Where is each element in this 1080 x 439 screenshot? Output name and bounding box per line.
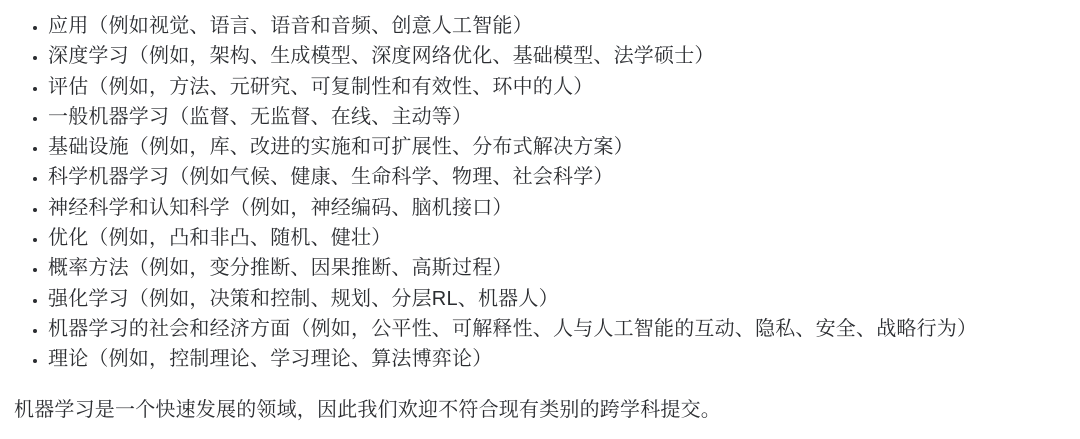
topics-list: 应用（例如视觉、语言、语音和音频、创意人工智能） 深度学习（例如，架构、生成模型… (14, 11, 1064, 375)
page-content: 应用（例如视觉、语言、语音和音频、创意人工智能） 深度学习（例如，架构、生成模型… (0, 0, 1080, 425)
topic-list-item: 应用（例如视觉、语言、语音和音频、创意人工智能） (48, 11, 1064, 41)
topic-list-item: 机器学习的社会和经济方面（例如，公平性、可解释性、人与人工智能的互动、隐私、安全… (48, 314, 1064, 344)
topic-list-item: 优化（例如，凸和非凸、随机、健壮） (48, 223, 1064, 253)
topic-list-item: 基础设施（例如，库、改进的实施和可扩展性、分布式解决方案） (48, 132, 1064, 162)
topic-list-item: 科学机器学习（例如气候、健康、生命科学、物理、社会科学） (48, 162, 1064, 192)
topic-list-item: 强化学习（例如，决策和控制、规划、分层RL、机器人） (48, 284, 1064, 314)
topic-list-item: 一般机器学习（监督、无监督、在线、主动等） (48, 102, 1064, 132)
closing-note: 机器学习是一个快速发展的领域，因此我们欢迎不符合现有类别的跨学科提交。 (14, 395, 1064, 425)
topic-list-item: 深度学习（例如，架构、生成模型、深度网络优化、基础模型、法学硕士） (48, 41, 1064, 71)
topic-list-item: 概率方法（例如，变分推断、因果推断、高斯过程） (48, 253, 1064, 283)
topic-list-item: 理论（例如，控制理论、学习理论、算法博弈论） (48, 344, 1064, 374)
topic-list-item: 神经科学和认知科学（例如，神经编码、脑机接口） (48, 193, 1064, 223)
topic-list-item: 评估（例如，方法、元研究、可复制性和有效性、环中的人） (48, 72, 1064, 102)
